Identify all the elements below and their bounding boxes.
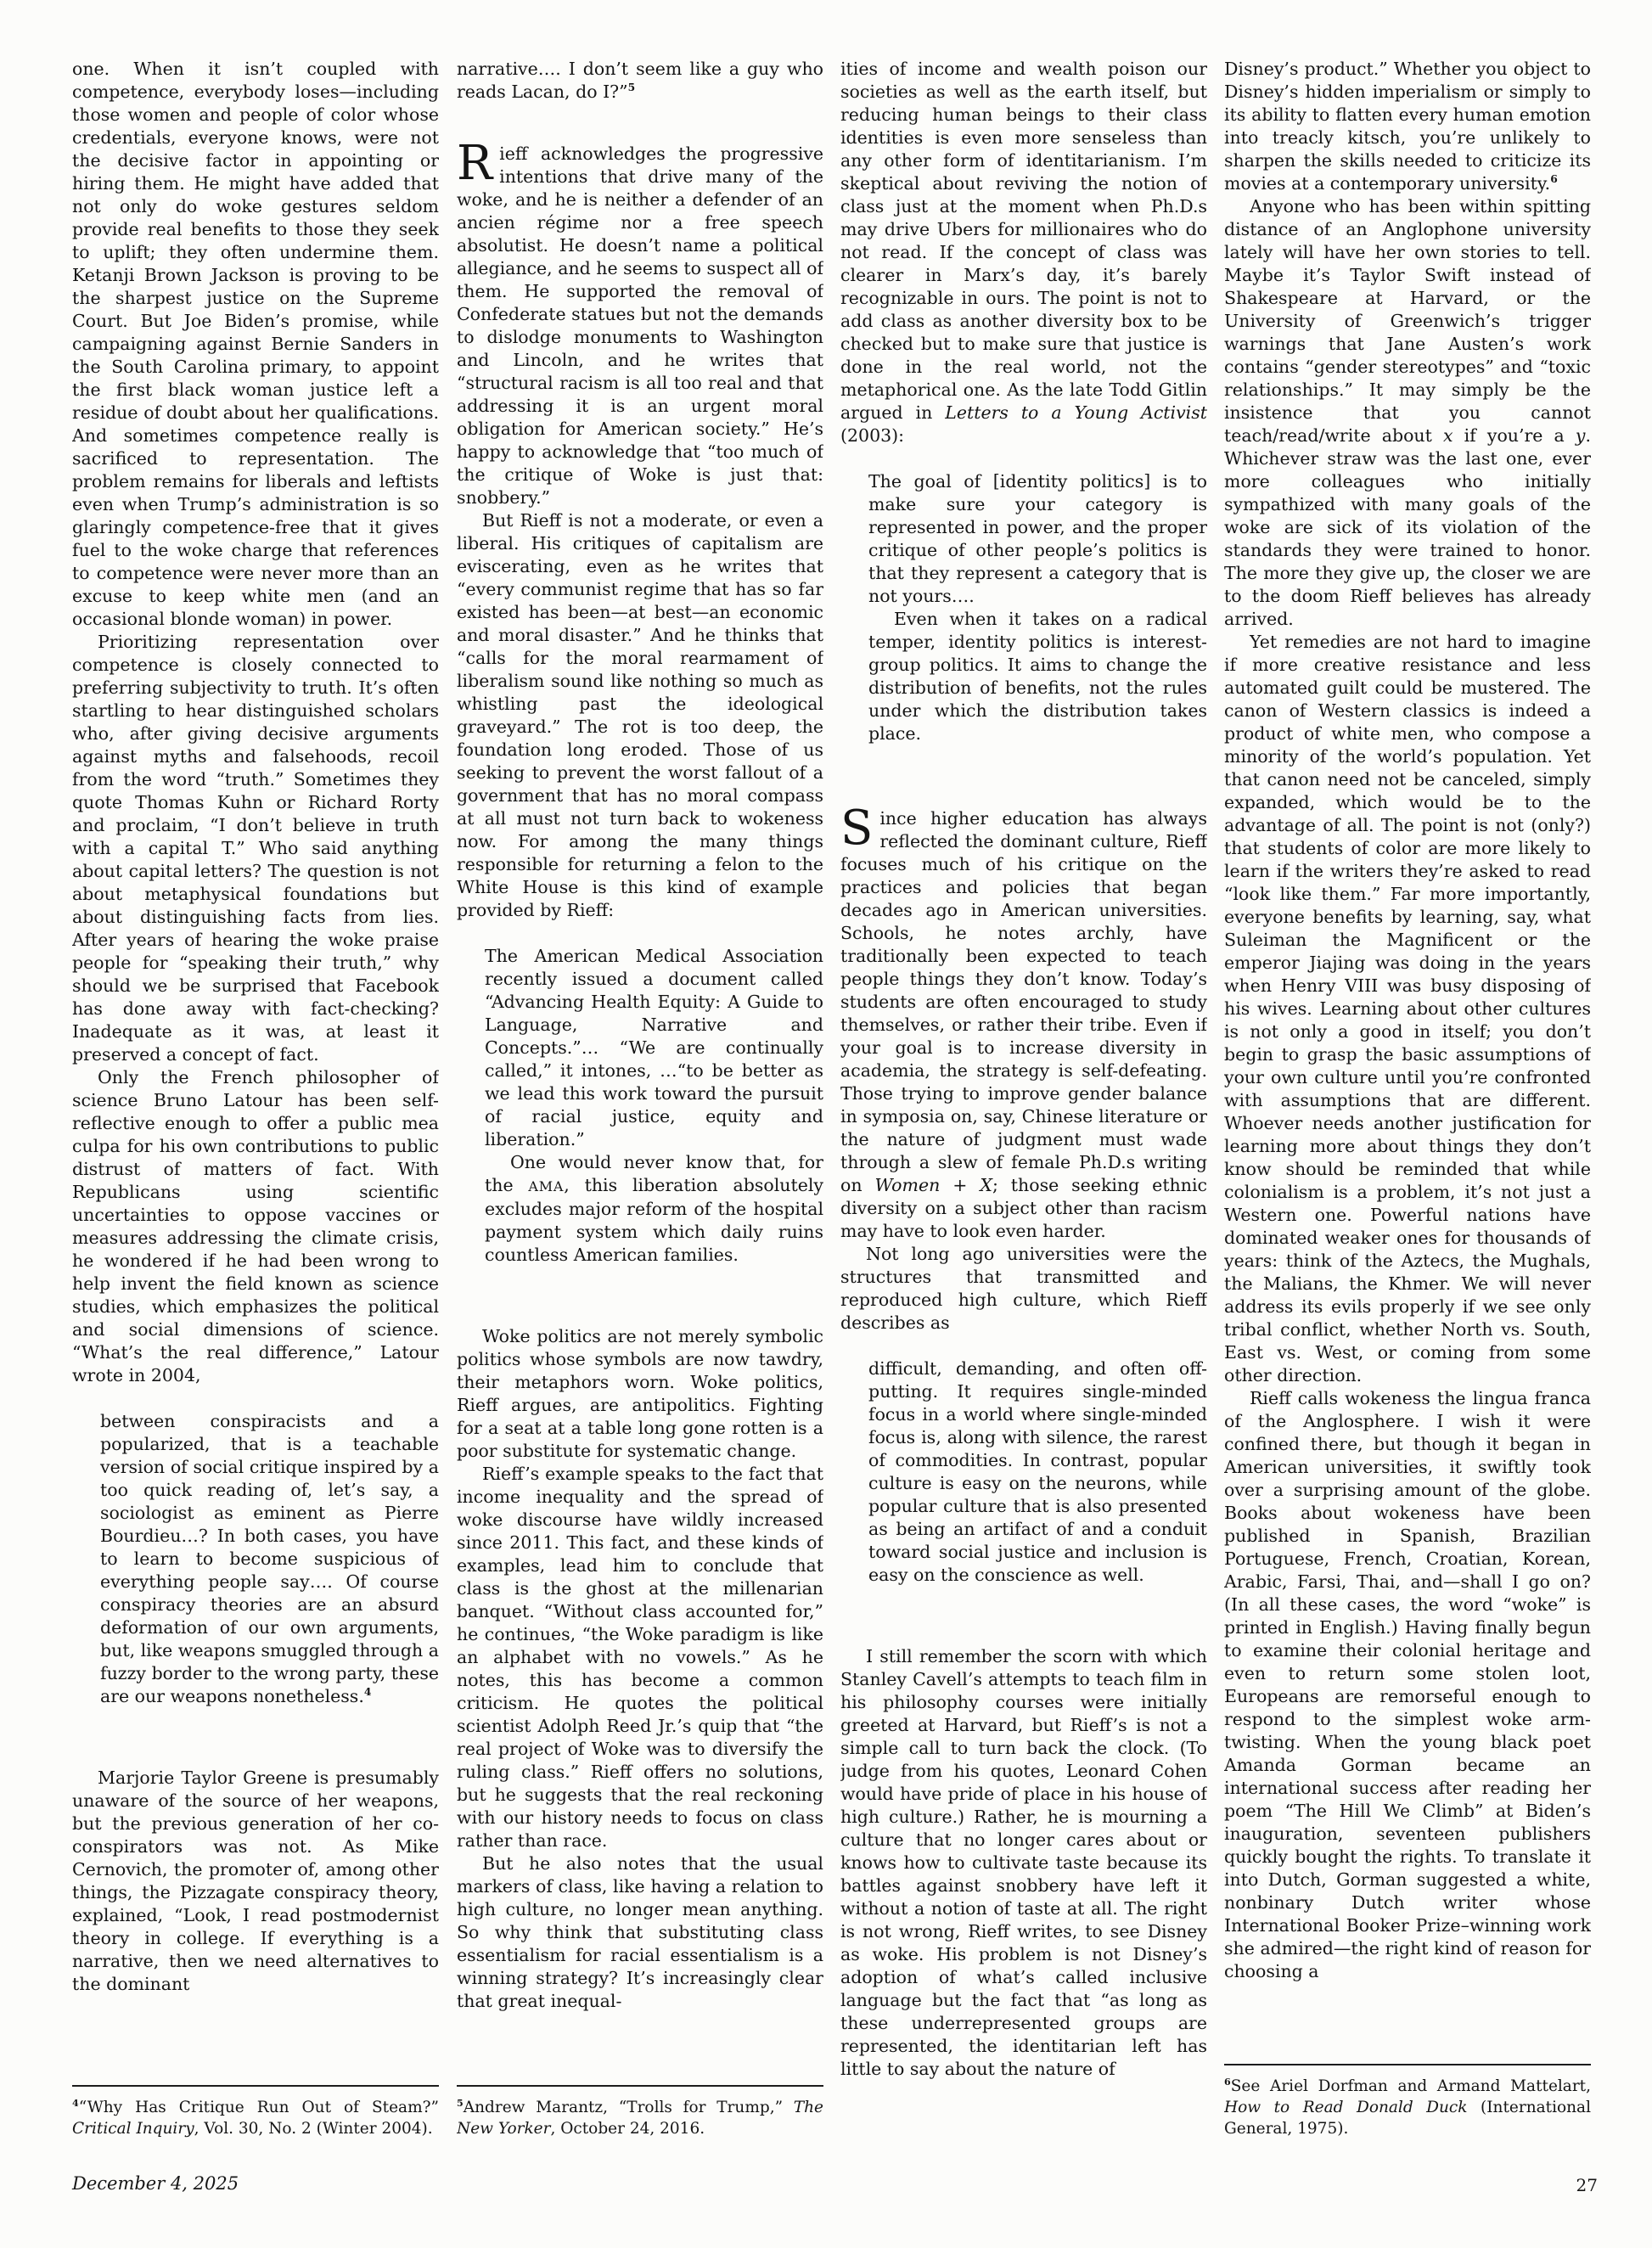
paragraph: Marjorie Taylor Greene is presumably una… xyxy=(72,1767,439,1996)
quote-paragraph: between conspiracists and a popularized,… xyxy=(100,1410,439,1708)
block-quote: between conspiracists and a popularized,… xyxy=(72,1410,439,1708)
paragraph: one. When it isn’t coupled with competen… xyxy=(72,58,439,631)
block-quote: The American Medical Association recentl… xyxy=(457,945,823,1267)
paragraph: ities of income and wealth poison our so… xyxy=(840,58,1207,447)
paragraph-text: ince higher education has always reflect… xyxy=(840,808,1207,1241)
paragraph: narrative…. I don’t seem like a guy who … xyxy=(457,58,823,104)
footnote-text: 5Andrew Marantz, “Trolls for Trump,” The… xyxy=(457,2097,823,2139)
quote-paragraph: Even when it takes on a radical temper, … xyxy=(868,608,1207,745)
block-quote: The goal of [identity politics] is to ma… xyxy=(840,470,1207,745)
footnote-text: 6See Ariel Dorfman and Armand Mattelart,… xyxy=(1224,2076,1591,2139)
quote-paragraph: The American Medical Association recentl… xyxy=(485,945,823,1151)
block-quote: difficult, demanding, and often off-putt… xyxy=(840,1357,1207,1587)
footnote-text: 4“Why Has Critique Run Out of Steam?” Cr… xyxy=(72,2097,439,2139)
footnote: 5Andrew Marantz, “Trolls for Trump,” The… xyxy=(457,2082,823,2139)
dropcap-paragraph: Since higher education has always reflec… xyxy=(840,807,1207,1243)
paragraph: But he also notes that the usual markers… xyxy=(457,1852,823,2013)
paragraph: Yet remedies are not hard to imagine if … xyxy=(1224,631,1591,1387)
paragraph: But Rieff is not a moderate, or even a l… xyxy=(457,509,823,922)
text-column-2: narrative…. I don’t seem like a guy who … xyxy=(457,58,823,2139)
drop-cap-letter: R xyxy=(457,143,499,183)
text-column-1: one. When it isn’t coupled with competen… xyxy=(72,58,439,2139)
footnote-rule xyxy=(72,2085,439,2087)
quote-paragraph: difficult, demanding, and often off-putt… xyxy=(868,1357,1207,1587)
dropcap-paragraph: Rieff acknowledges the progressive inten… xyxy=(457,143,823,509)
footnote: 4“Why Has Critique Run Out of Steam?” Cr… xyxy=(72,2082,439,2139)
quote-paragraph: One would never know that, for the AMA, … xyxy=(485,1151,823,1267)
paragraph: Rieff’s example speaks to the fact that … xyxy=(457,1463,823,1852)
paragraph: Disney’s product.” Whether you object to… xyxy=(1224,58,1591,195)
issue-date: December 4, 2025 xyxy=(72,2173,239,2194)
paragraph: Only the French philosopher of science B… xyxy=(72,1066,439,1387)
paragraph-text: ieff acknowledges the progressive intent… xyxy=(457,143,823,508)
text-column-4: Disney’s product.” Whether you object to… xyxy=(1224,58,1591,2139)
paragraph: Rieff calls wokeness the lingua franca o… xyxy=(1224,1387,1591,1983)
paragraph: Not long ago universities were the struc… xyxy=(840,1243,1207,1335)
paragraph: Prioritizing representation over compete… xyxy=(72,631,439,1066)
footnote-rule xyxy=(1224,2064,1591,2065)
footnote: 6See Ariel Dorfman and Armand Mattelart,… xyxy=(1224,2060,1591,2139)
text-column-3: ities of income and wealth poison our so… xyxy=(840,58,1207,2139)
paragraph: Woke politics are not merely symbolic po… xyxy=(457,1325,823,1463)
paragraph: Anyone who has been within spitting dist… xyxy=(1224,195,1591,631)
magazine-page: one. When it isn’t coupled with competen… xyxy=(0,0,1652,2248)
paragraph: I still remember the scorn with which St… xyxy=(840,1645,1207,2081)
page-number: 27 xyxy=(1576,2175,1598,2195)
footnote-rule xyxy=(457,2085,823,2087)
drop-cap-letter: S xyxy=(840,807,879,847)
quote-paragraph: The goal of [identity politics] is to ma… xyxy=(868,470,1207,608)
